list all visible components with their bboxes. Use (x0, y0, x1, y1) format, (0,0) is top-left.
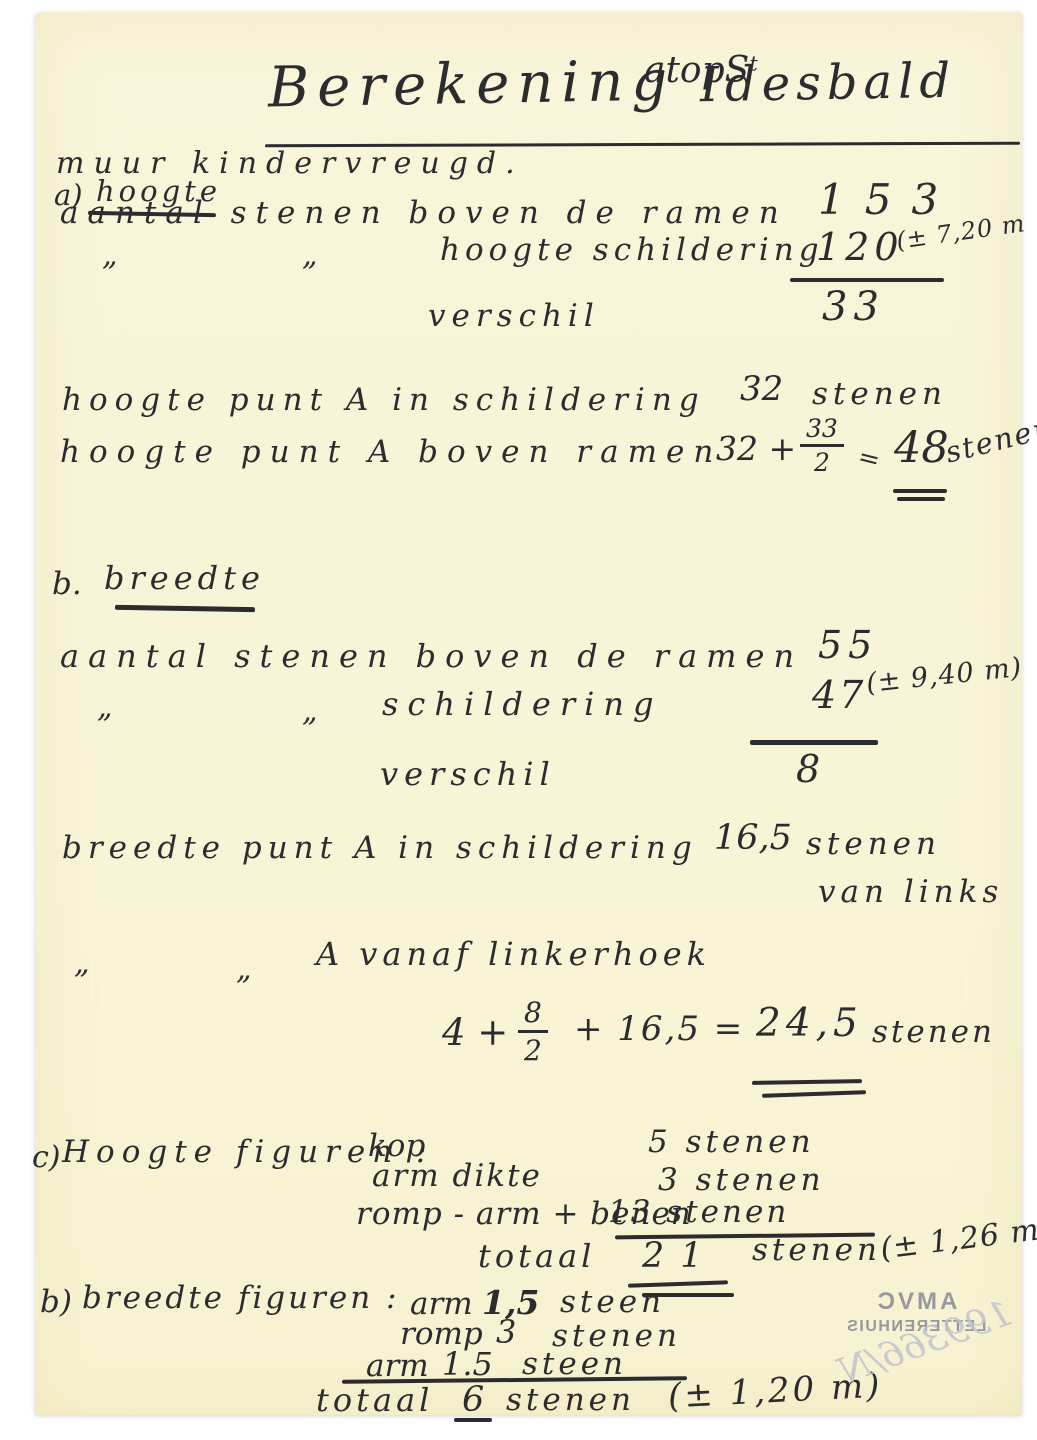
a-row2-value: 120 (816, 228, 904, 268)
a-row4-value: 32 (740, 372, 783, 408)
section-d-heading: breedte figuren : (82, 1282, 399, 1315)
b-row6-fraction-denominator: 2 (524, 1033, 542, 1067)
a-row1-value: 153 (818, 178, 958, 222)
b-row6-mid: + 16,5 = (574, 1012, 744, 1048)
b-row6-pre: 4 + (442, 1014, 508, 1053)
b-row5-label: A vanaf linkerhoek (316, 938, 711, 972)
c-row-value: 5 stenen (648, 1126, 815, 1159)
b-row6-fraction-numerator: 8 (518, 996, 548, 1033)
c-total-label: totaal (478, 1240, 595, 1274)
a-row2-sum-line (790, 278, 944, 282)
a-row2-label: hoogte schildering (440, 234, 824, 267)
d-row-unit: steen (560, 1286, 665, 1319)
c-total-unit: stenen (752, 1234, 881, 1267)
d-total-unit: stenen (506, 1384, 635, 1417)
b-row2-ditto-1: „ (97, 692, 113, 724)
b-row3-value: 8 (796, 750, 820, 790)
a-row3-value: 33 (822, 286, 885, 328)
a-row2-ditto-1: „ (102, 240, 118, 272)
a-row5-fraction-numerator: 33 (800, 414, 844, 447)
b-row5-ditto-2: „ (236, 954, 252, 986)
c-row-label: arm dikte (372, 1160, 542, 1193)
a-row5-fraction: 33 2 (800, 414, 844, 477)
section-b-label: b. (52, 568, 82, 601)
page-title-word: Berekening (268, 52, 676, 118)
d-total-label: totaal (316, 1384, 433, 1418)
b-row5-ditto-1: „ (74, 948, 90, 980)
a-row1-label: aantal stenen boven de ramen (60, 197, 788, 230)
b-row3-label: verschil (380, 758, 556, 792)
section-c-label: c) (32, 1142, 61, 1174)
d-total-value-underline (454, 1418, 492, 1422)
b-row2-sum-line (750, 740, 878, 745)
a-row5-double-underline-2 (897, 497, 945, 501)
b-row4-note: van links (818, 876, 1003, 909)
a-row5-fraction-denominator: 2 (814, 447, 830, 477)
page-title-name: Idesbald (700, 56, 957, 111)
c-total-value: 21 (642, 1238, 719, 1275)
scanned-note: Berekening atopSt Idesbald muur kindervr… (0, 0, 1037, 1440)
a-row5-double-underline-1 (893, 489, 947, 493)
b-row6-unit: stenen (872, 1016, 995, 1049)
a-row4-label: hoogte punt A in schildering (62, 384, 706, 417)
b-row2-label: schildering (382, 688, 662, 722)
b-row4-value: 16,5 (714, 820, 792, 857)
a-row4-unit: stenen (812, 378, 947, 411)
b-row1-label: aantal stenen boven de ramen (60, 640, 803, 674)
d-row-value: 1.5 (442, 1348, 493, 1382)
b-row6-result: 24,5 (756, 1004, 863, 1045)
b-row6-fraction: 8 2 (518, 996, 548, 1067)
section-d-label: b) (40, 1286, 72, 1319)
d-total-value: 6 (462, 1382, 484, 1419)
b-row1-value: 55 (818, 626, 878, 666)
b-row4-label: breedte punt A in schildering (62, 832, 698, 865)
d-row-unit: steen (522, 1348, 627, 1381)
a-row5-pre: 32 + (716, 432, 796, 467)
section-b-heading: breedte (104, 562, 265, 596)
d-row-label: arm (366, 1350, 429, 1383)
b-row2-ditto-2: „ (302, 696, 318, 728)
c-row-value: 13 stenen (608, 1196, 789, 1229)
a-row5-label: hoogte punt A boven ramen (60, 436, 722, 469)
d-row-value: 3 (496, 1316, 516, 1350)
b-row2-value: 47 (812, 676, 866, 716)
a-row5-result: 48 (894, 426, 949, 471)
a-row2-ditto-2: „ (302, 240, 318, 272)
b-row4-unit: stenen (806, 828, 941, 861)
c-row-value: 3 stenen (658, 1164, 825, 1197)
a-row3-label: verschil (428, 300, 600, 333)
